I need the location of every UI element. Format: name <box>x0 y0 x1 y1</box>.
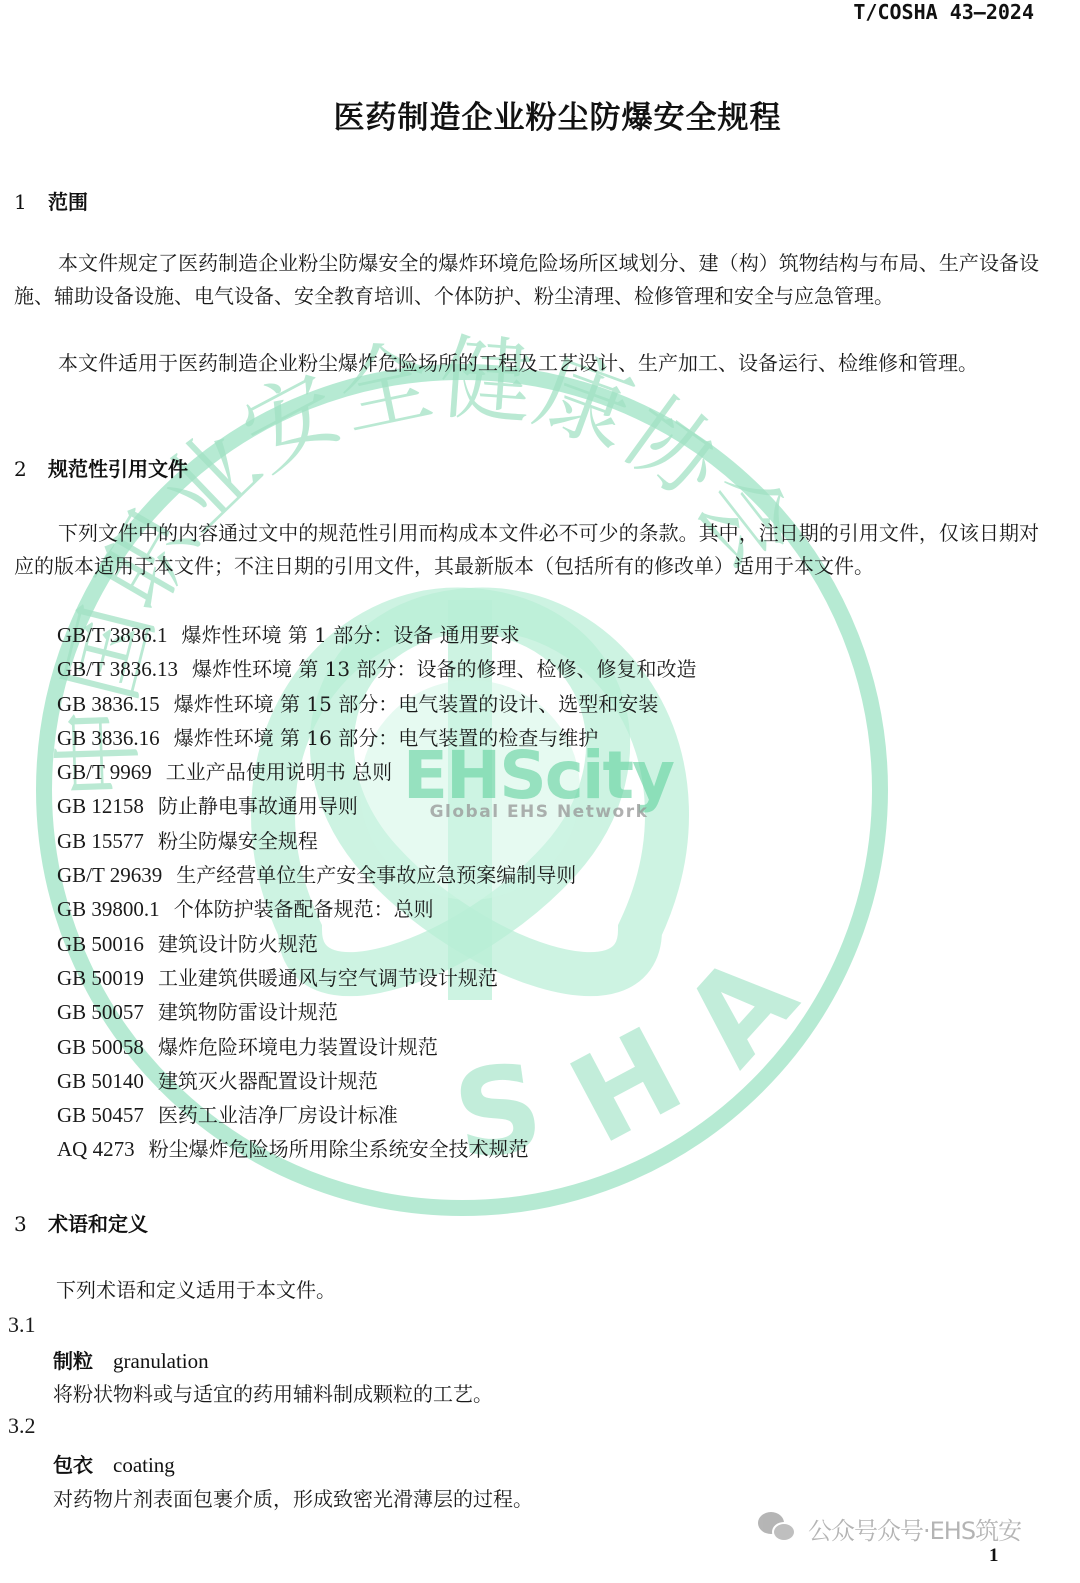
reference-code: GB/T 9969 <box>57 757 152 787</box>
section-number: 1 <box>14 190 48 214</box>
reference-title: 爆炸性环境 第 13 部分：设备的修理、检修、修复和改造 <box>192 657 697 681</box>
reference-code: GB 12158 <box>57 791 144 821</box>
reference-item: GB 50057建筑物防雷设计规范 <box>57 997 857 1031</box>
reference-item: GB/T 3836.13爆炸性环境 第 13 部分：设备的修理、检修、修复和改造 <box>57 654 857 688</box>
reference-code: AQ 4273 <box>57 1134 135 1164</box>
reference-title: 建筑物防雷设计规范 <box>158 1000 338 1024</box>
reference-item: GB 50058爆炸危险环境电力装置设计规范 <box>57 1032 857 1066</box>
term-number: 3.2 <box>8 1413 36 1439</box>
reference-item: GB/T 29639生产经营单位生产安全事故应急预案编制导则 <box>57 860 857 894</box>
reference-list: GB/T 3836.1爆炸性环境 第 1 部分：设备 通用要求 GB/T 383… <box>57 620 857 1169</box>
reference-title: 爆炸性环境 第 15 部分：电气装置的设计、选型和安装 <box>174 692 659 716</box>
reference-code: GB 50457 <box>57 1100 144 1130</box>
term-definition: 对药物片剂表面包裹介质，形成致密光滑薄层的过程。 <box>53 1483 533 1512</box>
section-title: 范围 <box>48 190 88 214</box>
reference-item: GB 50016建筑设计防火规范 <box>57 929 857 963</box>
wechat-watermark: 公众号众号·EHS筑安 <box>758 1508 1021 1548</box>
reference-title: 建筑设计防火规范 <box>158 932 318 956</box>
term-name-en: granulation <box>113 1349 209 1373</box>
reference-title: 粉尘防爆安全规程 <box>158 829 318 853</box>
section-heading-terms: 3术语和定义 <box>14 1208 148 1237</box>
term-name-zh: 包衣 <box>53 1453 93 1477</box>
term-name-zh: 制粒 <box>53 1349 93 1373</box>
reference-title: 粉尘爆炸危险场所用除尘系统安全技术规范 <box>149 1137 529 1161</box>
reference-title: 爆炸性环境 第 1 部分：设备 通用要求 <box>181 623 519 647</box>
standard-code: T/COSHA 43—2024 <box>853 0 1034 24</box>
term-number: 3.1 <box>8 1312 36 1338</box>
reference-item: GB 50457医药工业洁净厂房设计标准 <box>57 1100 857 1134</box>
term-definition: 将粉状物料或与适宜的药用辅料制成颗粒的工艺。 <box>53 1378 493 1407</box>
term-name: 制粒granulation <box>53 1345 209 1374</box>
reference-title: 个体防护装备配备规范：总则 <box>174 897 434 921</box>
reference-title: 防止静电事故通用导则 <box>158 794 358 818</box>
reference-title: 生产经营单位生产安全事故应急预案编制导则 <box>176 863 576 887</box>
reference-title: 医药工业洁净厂房设计标准 <box>158 1103 398 1127</box>
scope-paragraph-1: 本文件规定了医药制造企业粉尘防爆安全的爆炸环境危险场所区域划分、建（构）筑物结构… <box>14 247 1039 313</box>
reference-code: GB/T 3836.1 <box>57 620 167 650</box>
document-title: 医药制造企业粉尘防爆安全规程 <box>0 92 1080 137</box>
reference-code: GB 50140 <box>57 1066 144 1096</box>
term-name: 包衣coating <box>53 1449 175 1478</box>
reference-code: GB 3836.16 <box>57 723 160 753</box>
section-heading-scope: 1范围 <box>14 186 88 215</box>
terms-intro: 下列术语和定义适用于本文件。 <box>12 1274 1037 1307</box>
reference-code: GB 15577 <box>57 826 144 856</box>
normative-references-intro: 下列文件中的内容通过文中的规范性引用而构成本文件必不可少的条款。其中，注日期的引… <box>14 517 1039 583</box>
section-heading-normative-references: 2规范性引用文件 <box>14 453 188 482</box>
reference-title: 建筑灭火器配置设计规范 <box>158 1069 378 1093</box>
reference-item: GB/T 9969工业产品使用说明书 总则 <box>57 757 857 791</box>
document-page: 中国职业安全健康协会 S H A EHScity Global EHS Netw… <box>0 0 1080 1583</box>
reference-item: GB 50019工业建筑供暖通风与空气调节设计规范 <box>57 963 857 997</box>
reference-code: GB 50058 <box>57 1032 144 1062</box>
reference-item: GB 3836.15爆炸性环境 第 15 部分：电气装置的设计、选型和安装 <box>57 689 857 723</box>
reference-code: GB/T 29639 <box>57 860 162 890</box>
reference-item: AQ 4273粉尘爆炸危险场所用除尘系统安全技术规范 <box>57 1134 857 1168</box>
page-number: 1 <box>989 1545 999 1567</box>
wechat-icon <box>758 1510 802 1546</box>
reference-title: 工业建筑供暖通风与空气调节设计规范 <box>158 966 498 990</box>
reference-item: GB 39800.1个体防护装备配备规范：总则 <box>57 894 857 928</box>
reference-code: GB 50019 <box>57 963 144 993</box>
reference-code: GB 50057 <box>57 997 144 1027</box>
document-content: T/COSHA 43—2024 医药制造企业粉尘防爆安全规程 1范围 本文件规定… <box>0 0 1080 1583</box>
reference-title: 工业产品使用说明书 总则 <box>166 760 392 784</box>
reference-item: GB 3836.16爆炸性环境 第 16 部分：电气装置的检查与维护 <box>57 723 857 757</box>
reference-item: GB 12158防止静电事故通用导则 <box>57 791 857 825</box>
term-name-en: coating <box>113 1453 175 1477</box>
reference-title: 爆炸危险环境电力装置设计规范 <box>158 1035 438 1059</box>
reference-item: GB 50140建筑灭火器配置设计规范 <box>57 1066 857 1100</box>
scope-paragraph-2: 本文件适用于医药制造企业粉尘爆炸危险场所的工程及工艺设计、生产加工、设备运行、检… <box>14 347 1039 380</box>
section-title: 规范性引用文件 <box>48 457 188 481</box>
reference-item: GB/T 3836.1爆炸性环境 第 1 部分：设备 通用要求 <box>57 620 857 654</box>
reference-item: GB 15577粉尘防爆安全规程 <box>57 826 857 860</box>
reference-code: GB/T 3836.13 <box>57 654 178 684</box>
reference-title: 爆炸性环境 第 16 部分：电气装置的检查与维护 <box>174 726 599 750</box>
wechat-account-label: 公众号众号·EHS筑安 <box>808 1511 1021 1546</box>
section-title: 术语和定义 <box>48 1212 148 1236</box>
reference-code: GB 3836.15 <box>57 689 160 719</box>
reference-code: GB 50016 <box>57 929 144 959</box>
section-number: 3 <box>14 1212 48 1236</box>
reference-code: GB 39800.1 <box>57 894 160 924</box>
section-number: 2 <box>14 457 48 481</box>
